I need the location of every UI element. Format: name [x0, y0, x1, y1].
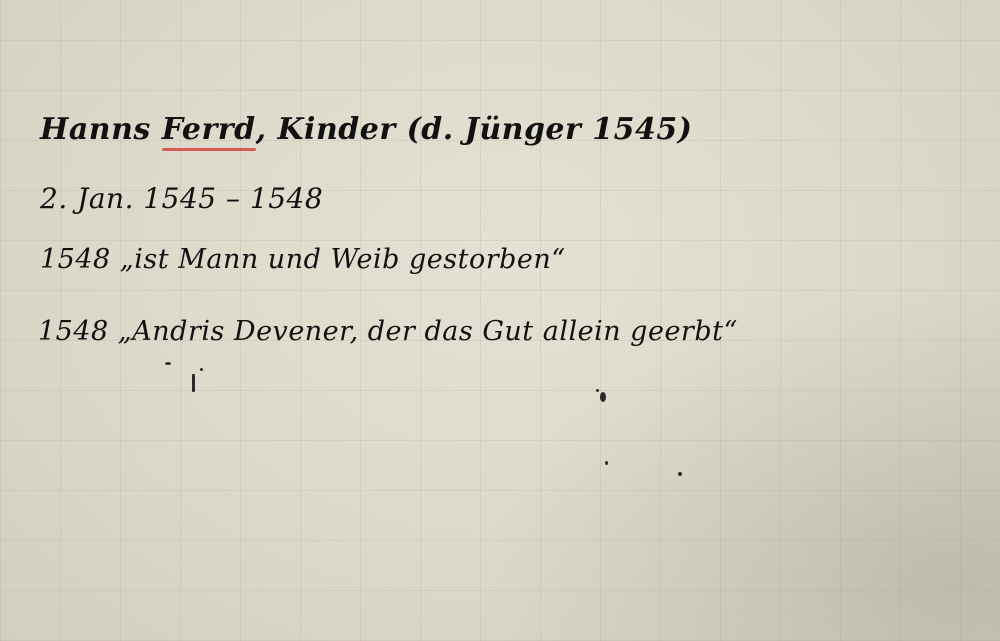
surname-underlined: Ferrd: [162, 112, 256, 147]
red-underline: [162, 148, 256, 151]
index-card: Hanns Ferrd, Kinder (d. Jünger 1545) 2. …: [0, 0, 1000, 641]
ink-speck: [605, 461, 608, 465]
entry-line-2: 1548 „Andris Devener, der das Gut allein…: [38, 316, 738, 347]
ink-speck: [678, 472, 682, 476]
ink-speck: [200, 368, 203, 371]
card-heading-line: Hanns Ferrd, Kinder (d. Jünger 1545): [40, 112, 692, 147]
ink-speck: [600, 392, 606, 402]
entry-line-1: 1548 „ist Mann und Weib gestorben“: [40, 244, 566, 275]
ink-speck: [192, 374, 195, 392]
surname-text: Ferrd: [162, 112, 256, 147]
heading-suffix: , Kinder (d. Jünger 1545): [256, 112, 693, 147]
date-range-line: 2. Jan. 1545 – 1548: [40, 182, 323, 215]
ink-speck: [596, 389, 599, 392]
ink-speck: [165, 362, 171, 365]
given-name: Hanns: [40, 112, 162, 147]
